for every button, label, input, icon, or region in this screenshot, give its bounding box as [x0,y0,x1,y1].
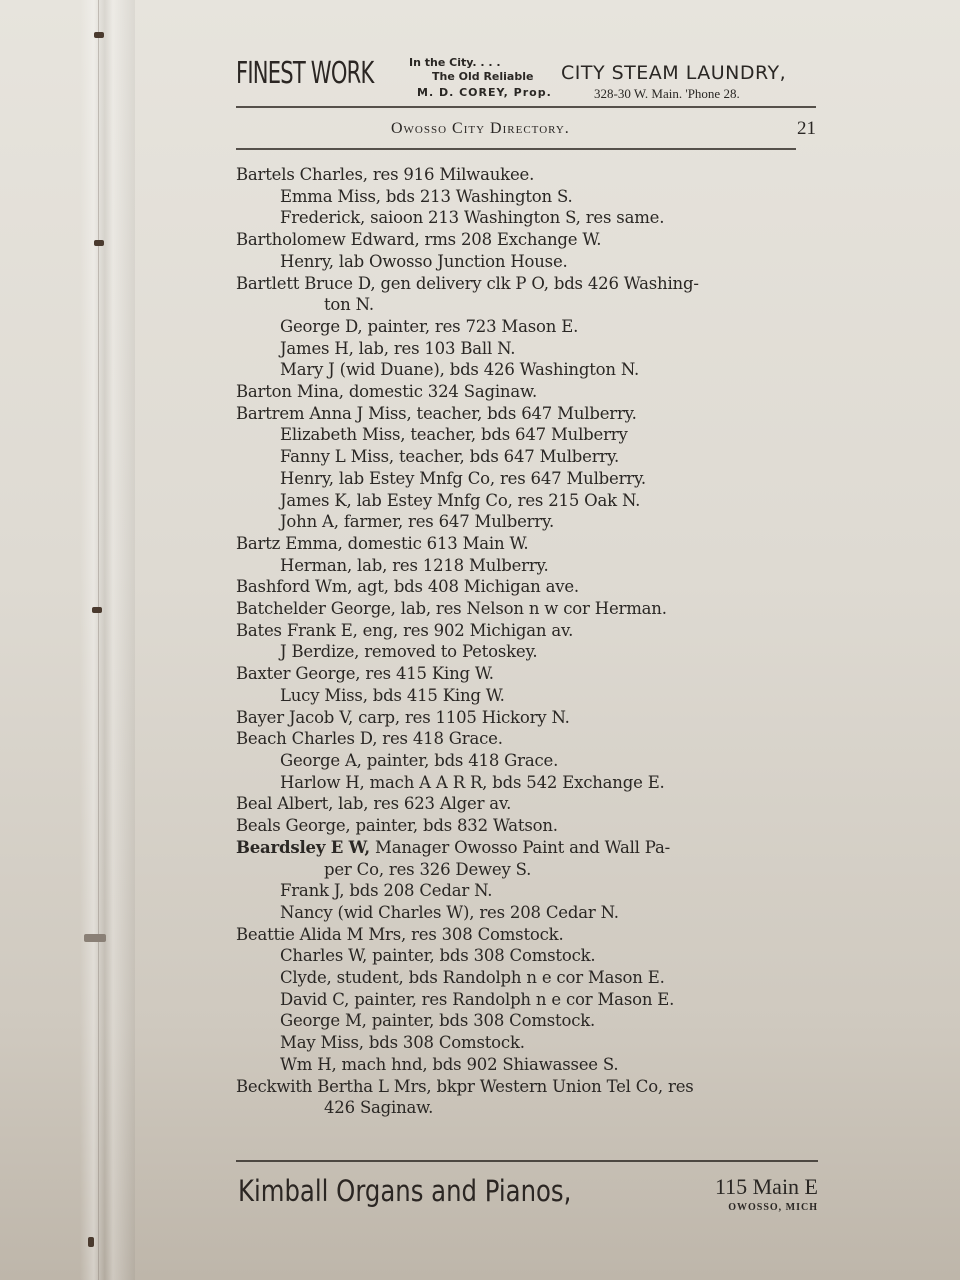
page-number: 21 [797,118,816,140]
footer-ad-city: OWOSSO, MICH [728,1202,818,1213]
entry-surname: Beach Charles D [236,729,372,748]
directory-entry: Batchelder George, lab, res Nelson n w c… [236,598,816,620]
entry-details: , res 418 Grace. [372,729,503,748]
directory-entry: Baxter George, res 415 King W. [236,663,816,685]
directory-entry: Bartholomew Edward, rms 208 Exchange W. [236,229,816,251]
entry-details: , lab, res 623 Alger av. [328,794,511,813]
entry-details: , gen delivery clk P O, bds 426 Washing- [370,274,698,293]
directory-sub-entry: Wm H, mach hnd, bds 902 Shiawassee S. [236,1054,816,1076]
footer-rule [236,1160,818,1162]
directory-sub-entry: Henry, lab Estey Mnfg Co, res 647 Mulber… [236,468,816,490]
entry-details: James H, lab, res 103 Ball N. [280,339,515,358]
ad-business-name: CITY STEAM LAUNDRY, [561,62,786,84]
directory-entry: Bartels Charles, res 916 Milwaukee. [236,164,816,186]
entry-surname: Baxter George [236,664,355,683]
directory-sub-entry: Herman, lab, res 1218 Mulberry. [236,555,816,577]
directory-entry: Beals George, painter, bds 832 Watson. [236,815,816,837]
directory-sub-entry: Charles W, painter, bds 308 Comstock. [236,945,816,967]
entry-surname: Bartz Emma [236,534,338,553]
entry-details: , teacher, bds 647 Mulberry. [406,404,636,423]
entry-details: , agt, bds 408 Michigan ave. [347,577,579,596]
entry-surname: Beckwith Bertha L Mrs [236,1077,426,1096]
directory-sub-entry: Henry, lab Owosso Junction House. [236,251,816,273]
entry-details: David C, painter, res Randolph n e cor M… [280,990,674,1009]
directory-sub-entry: John A, farmer, res 647 Mulberry. [236,511,816,533]
directory-entry: Beach Charles D, res 418 Grace. [236,728,816,750]
entry-details: George A, painter, bds 418 Grace. [280,751,558,770]
binding-thread-mark [88,1237,94,1247]
entry-continuation: ton N. [236,294,816,316]
directory-page: FINEST WORK In the City. . . . The Old R… [236,50,816,1119]
entry-details: , res 308 Comstock. [401,925,564,944]
entry-surname: Bartlett Bruce D [236,274,370,293]
entry-details: George D, painter, res 723 Mason E. [280,317,578,336]
binding-thread-mark [94,240,104,246]
binding-fold-line [98,0,99,1280]
directory-sub-entry: George D, painter, res 723 Mason E. [236,316,816,338]
entry-details: , bkpr Western Union Tel Co, res [426,1077,693,1096]
entry-surname: Batchelder George [236,599,391,618]
entry-details: Elizabeth Miss, teacher, bds 647 Mulberr… [280,425,628,444]
directory-sub-entry: Lucy Miss, bds 415 King W. [236,685,816,707]
entry-details: J Berdize, removed to Petoskey. [280,642,537,661]
directory-sub-entry: Frank J, bds 208 Cedar N. [236,880,816,902]
ad-headline: FINEST WORK [236,56,373,91]
entry-details: , res 415 King W. [355,664,494,683]
entry-details: Clyde, student, bds Randolph n e cor Mas… [280,968,665,987]
entry-details: Charles W, painter, bds 308 Comstock. [280,946,595,965]
directory-sub-entry: Emma Miss, bds 213 Washington S. [236,186,816,208]
entry-details: Mary J (wid Duane), bds 426 Washington N… [280,360,639,379]
book-gutter [80,0,135,1280]
directory-sub-entry: James H, lab, res 103 Ball N. [236,338,816,360]
entry-surname: Bashford Wm [236,577,347,596]
binding-thread-mark [94,32,104,38]
entry-details: George M, painter, bds 308 Comstock. [280,1011,595,1030]
directory-title: Owosso City Directory. [391,120,570,138]
directory-entry: Bates Frank E, eng, res 902 Michigan av. [236,620,816,642]
entry-details: Fanny L Miss, teacher, bds 647 Mulberry. [280,447,619,466]
header-advertisement: FINEST WORK In the City. . . . The Old R… [236,50,816,100]
running-head-rule [236,148,796,150]
directory-sub-entry: James K, lab Estey Mnfg Co, res 215 Oak … [236,490,816,512]
entry-details: , lab, res Nelson n w cor Herman. [391,599,667,618]
entry-details: Nancy (wid Charles W), res 208 Cedar N. [280,903,619,922]
directory-entry: Beal Albert, lab, res 623 Alger av. [236,793,816,815]
directory-sub-entry: Elizabeth Miss, teacher, bds 647 Mulberr… [236,424,816,446]
entry-details: Emma Miss, bds 213 Washington S. [280,187,573,206]
entry-surname: Bartrem Anna J Miss [236,404,406,423]
entry-surname: Beattie Alida M Mrs [236,925,401,944]
entry-details: Manager Owosso Paint and Wall Pa- [370,838,670,857]
directory-sub-entry: Mary J (wid Duane), bds 426 Washington N… [236,359,816,381]
directory-sub-entry: Fanny L Miss, teacher, bds 647 Mulberry. [236,446,816,468]
footer-ad-address: 115 Main E [715,1174,818,1200]
directory-entry: Bartlett Bruce D, gen delivery clk P O, … [236,273,816,316]
directory-entry: Beattie Alida M Mrs, res 308 Comstock. [236,924,816,946]
entry-surname: Bartels Charles [236,165,363,184]
directory-sub-entry: George A, painter, bds 418 Grace. [236,750,816,772]
ad-address-phone: 328-30 W. Main. 'Phone 28. [594,86,740,102]
running-head: Owosso City Directory. 21 [236,108,816,148]
directory-sub-entry: Clyde, student, bds Randolph n e cor Mas… [236,967,816,989]
entry-surname: Beal Albert [236,794,328,813]
directory-entry: Bartz Emma, domestic 613 Main W. [236,533,816,555]
ad-tagline-2: The Old Reliable [432,70,533,83]
entry-surname: Bayer Jacob V [236,708,348,727]
binding-thread-mark [92,607,102,613]
directory-entry: Beardsley E W, Manager Owosso Paint and … [236,837,816,880]
directory-sub-entry: J Berdize, removed to Petoskey. [236,641,816,663]
entry-details: James K, lab Estey Mnfg Co, res 215 Oak … [280,491,640,510]
binding-thread-mark [84,934,106,942]
entry-details: , domestic 324 Saginaw. [339,382,537,401]
entry-details: Harlow H, mach A A R R, bds 542 Exchange… [280,773,665,792]
directory-sub-entry: Frederick, saioon 213 Washington S, res … [236,207,816,229]
entry-details: , eng, res 902 Michigan av. [353,621,574,640]
entry-details: , domestic 613 Main W. [338,534,529,553]
entry-details: Herman, lab, res 1218 Mulberry. [280,556,548,575]
footer-ad-headline: Kimball Organs and Pianos, [238,1174,571,1208]
entry-details: John A, farmer, res 647 Mulberry. [280,512,554,531]
directory-sub-entry: George M, painter, bds 308 Comstock. [236,1010,816,1032]
directory-sub-entry: Nancy (wid Charles W), res 208 Cedar N. [236,902,816,924]
entry-surname: Barton Mina [236,382,339,401]
entry-continuation: per Co, res 326 Dewey S. [236,859,816,881]
directory-sub-entry: Harlow H, mach A A R R, bds 542 Exchange… [236,772,816,794]
entry-surname: Beardsley E W, [236,838,370,857]
entry-surname: Bartholomew Edward [236,230,414,249]
entry-details: Lucy Miss, bds 415 King W. [280,686,505,705]
directory-entry: Bayer Jacob V, carp, res 1105 Hickory N. [236,707,816,729]
directory-entry: Barton Mina, domestic 324 Saginaw. [236,381,816,403]
entry-surname: Beals George [236,816,345,835]
entry-details: Frank J, bds 208 Cedar N. [280,881,492,900]
entry-details: , carp, res 1105 Hickory N. [348,708,570,727]
entry-continuation: 426 Saginaw. [236,1097,816,1119]
entry-details: , painter, bds 832 Watson. [345,816,557,835]
directory-sub-entry: May Miss, bds 308 Comstock. [236,1032,816,1054]
entry-surname: Bates Frank E [236,621,353,640]
ad-tagline-1: In the City. . . . [409,56,501,69]
entry-details: , rms 208 Exchange W. [414,230,601,249]
directory-entry: Bartrem Anna J Miss, teacher, bds 647 Mu… [236,403,816,425]
footer-advertisement: Kimball Organs and Pianos, 115 Main E OW… [238,1172,818,1222]
entry-details: May Miss, bds 308 Comstock. [280,1033,525,1052]
entry-details: Henry, lab Estey Mnfg Co, res 647 Mulber… [280,469,646,488]
directory-entry: Beckwith Bertha L Mrs, bkpr Western Unio… [236,1076,816,1119]
entry-details: Henry, lab Owosso Junction House. [280,252,568,271]
entry-details: Wm H, mach hnd, bds 902 Shiawassee S. [280,1055,618,1074]
ad-proprietor: M. D. COREY, Prop. [417,86,552,99]
entry-details: , res 916 Milwaukee. [363,165,534,184]
directory-entry: Bashford Wm, agt, bds 408 Michigan ave. [236,576,816,598]
entry-details: Frederick, saioon 213 Washington S, res … [280,208,664,227]
directory-entries: Bartels Charles, res 916 Milwaukee.Emma … [236,164,816,1119]
directory-sub-entry: David C, painter, res Randolph n e cor M… [236,989,816,1011]
